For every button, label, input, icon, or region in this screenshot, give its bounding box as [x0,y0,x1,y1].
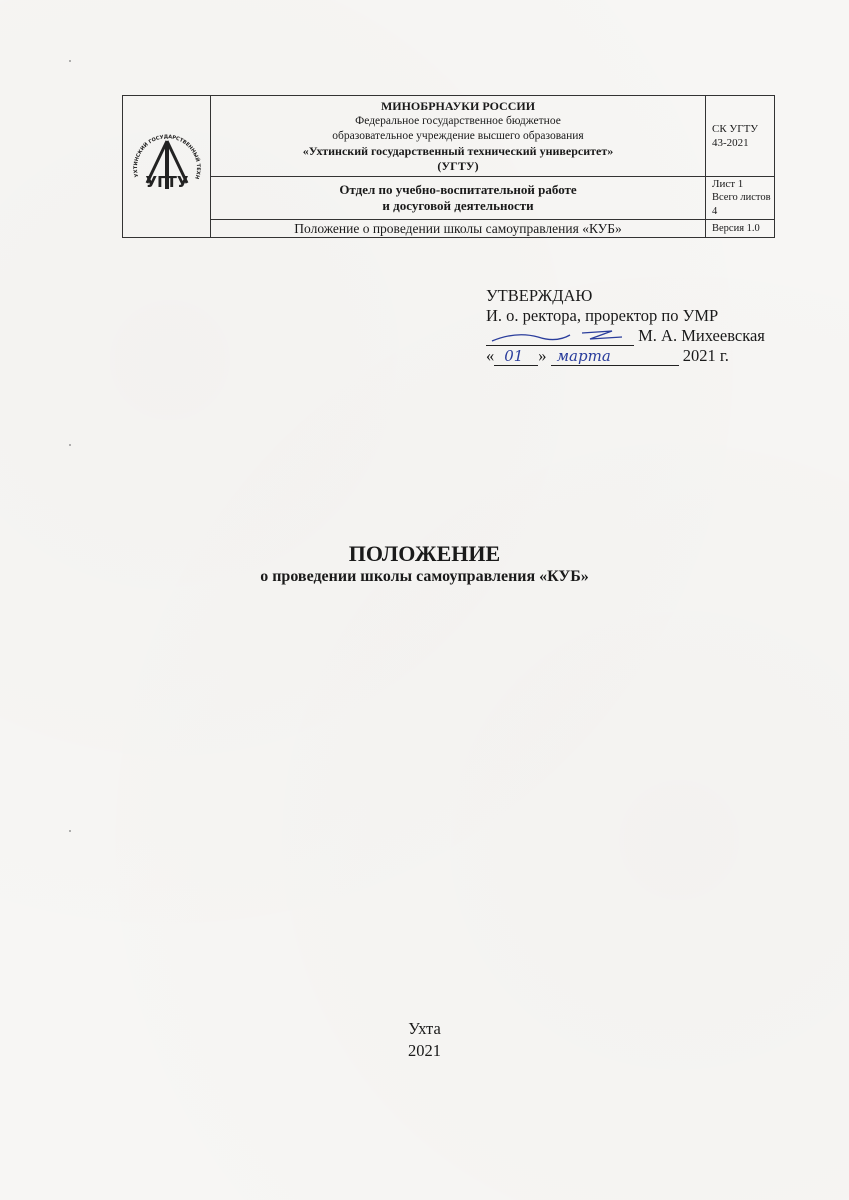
document-header-table: УХТИНСКИЙ ГОСУДАРСТВЕННЫЙ ТЕХНИЧЕСКИЙ УН… [122,95,775,238]
standard-code-cell: СК УГТУ 43-2021 [706,96,774,176]
sheet-number: Лист 1 [712,177,743,191]
document-title: ПОЛОЖЕНИЕ [0,541,849,567]
quote-close: » [538,346,546,365]
ministry-name: МИНОБРНАУКИ РОССИИ [381,99,535,114]
date-month-field: марта [551,349,679,366]
date-year: 2021 г. [683,346,729,365]
university-logo: УХТИНСКИЙ ГОСУДАРСТВЕННЫЙ ТЕХНИЧЕСКИЙ УН… [123,96,210,237]
place-and-year: Ухта 2021 [0,1018,849,1062]
approval-heading: УТВЕРЖДАЮ [486,286,806,306]
total-sheets: Всего листов 4 [712,191,774,219]
date-day-field: 01 [494,349,538,366]
scan-speck [69,60,71,62]
org-type-line2: образовательное учреждение высшего образ… [332,129,583,144]
handwritten-signature-icon [486,327,634,345]
approval-date: «01» марта 2021 г. [486,346,806,366]
department-cell: Отдел по учебно-воспитательной работе и … [211,177,705,219]
version-cell: Версия 1.0 [706,220,774,237]
approval-block: УТВЕРЖДАЮ И. о. ректора, проректор по УМ… [486,286,806,366]
code-line1: СК УГТУ [712,122,758,136]
document-subtitle: о проведении школы самоуправления «КУБ» [0,568,849,586]
org-abbr: (УГТУ) [437,159,478,174]
quote-open: « [486,346,494,365]
department-line2: и досуговой деятельности [382,198,533,214]
signatory-name: М. А. Михеевская [638,326,765,345]
organization-cell: МИНОБРНАУКИ РОССИИ Федеральное государст… [211,96,705,176]
signature-field [486,329,634,346]
date-day-handwritten: 01 [504,346,523,366]
document-title-cell: Положение о проведении школы самоуправле… [211,220,705,237]
sheet-cell: Лист 1 Всего листов 4 [706,177,774,219]
approver-position: И. о. ректора, проректор по УМР [486,306,806,326]
code-line2: 43-2021 [712,136,749,150]
year: 2021 [0,1040,849,1062]
svg-text:УГТУ: УГТУ [145,173,188,191]
svg-text:УХТИНСКИЙ ГОСУДАРСТВЕННЫЙ ТЕХН: УХТИНСКИЙ ГОСУДАРСТВЕННЫЙ ТЕХНИЧЕСКИЙ УН… [127,127,202,180]
scan-speck [69,830,71,832]
org-type-line1: Федеральное государственное бюджетное [355,114,561,129]
scan-speck [69,444,71,446]
signature-line: М. А. Михеевская [486,326,806,346]
date-month-handwritten: марта [557,346,611,366]
department-line1: Отдел по учебно-воспитательной работе [339,182,576,198]
city: Ухта [0,1018,849,1040]
org-name: «Ухтинский государственный технический у… [303,144,614,159]
university-emblem-icon: УХТИНСКИЙ ГОСУДАРСТВЕННЫЙ ТЕХНИЧЕСКИЙ УН… [127,127,207,207]
